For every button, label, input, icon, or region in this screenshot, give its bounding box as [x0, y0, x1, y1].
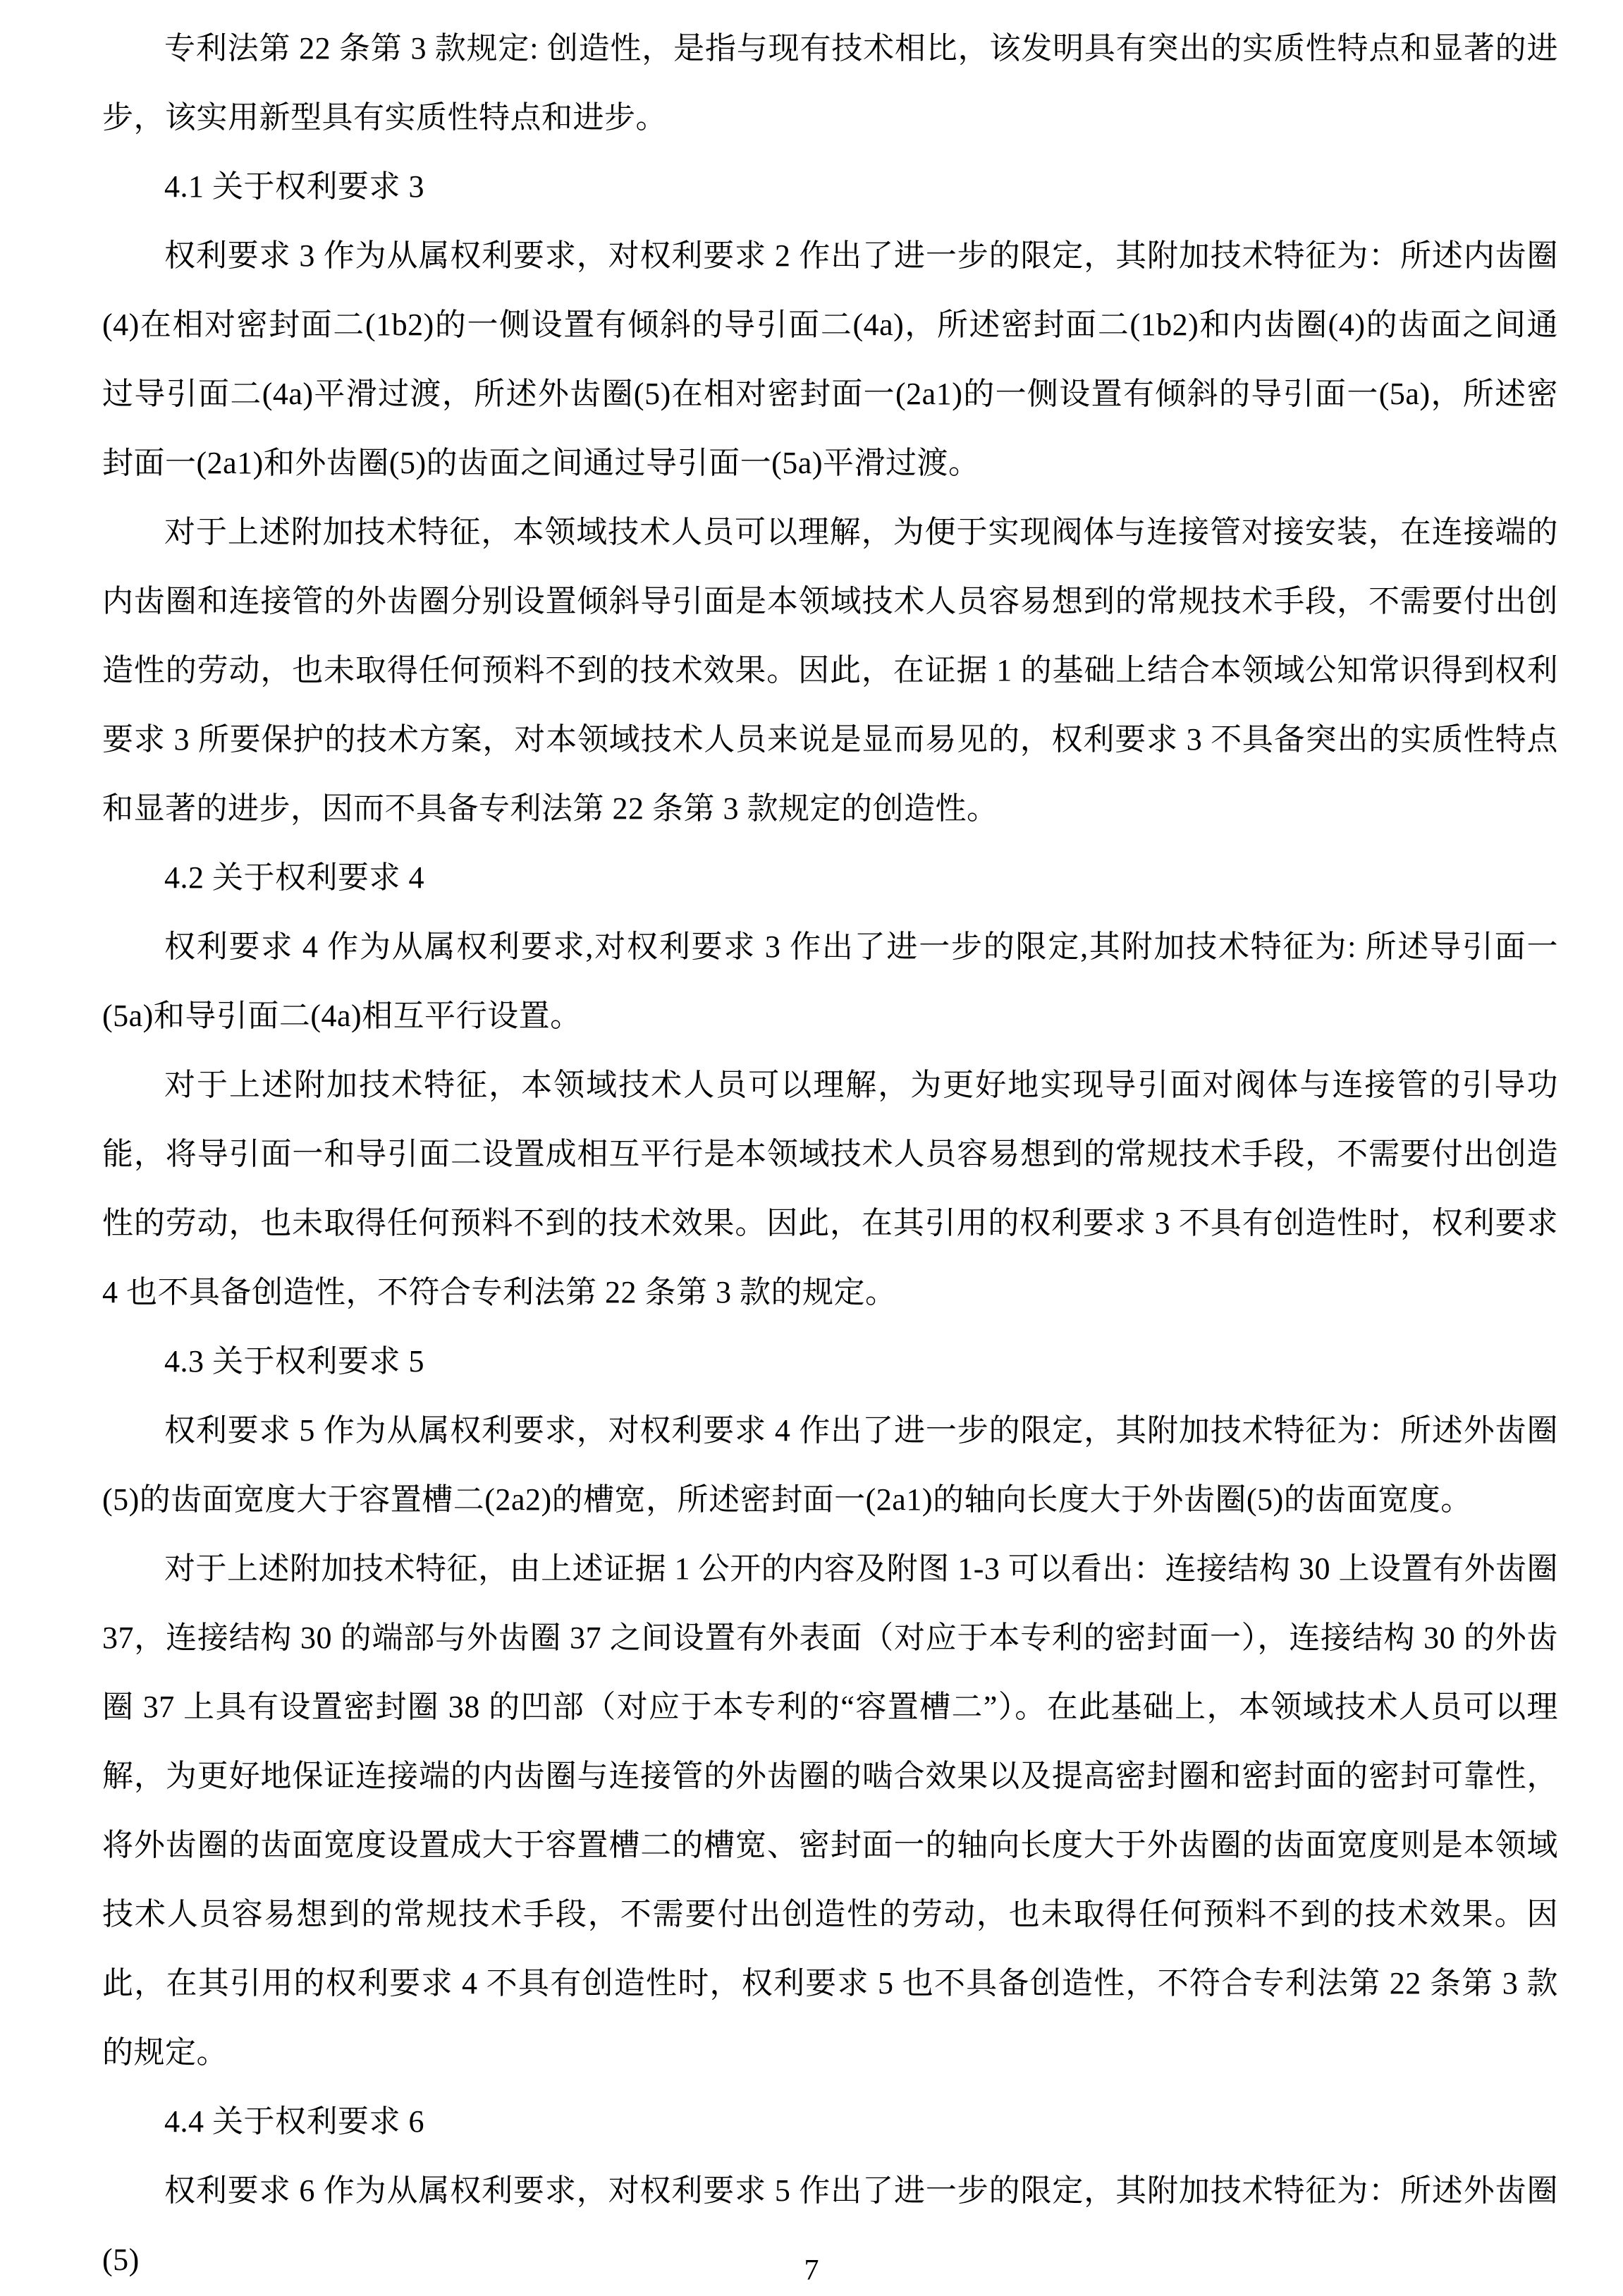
section-heading: 4.1 关于权利要求 3: [102, 152, 1558, 221]
section-heading: 4.3 关于权利要求 5: [102, 1327, 1558, 1396]
section-heading: 4.4 关于权利要求 6: [102, 2087, 1558, 2156]
section-heading: 4.2 关于权利要求 4: [102, 843, 1558, 912]
page-number: 7: [0, 2254, 1623, 2288]
paragraph: 权利要求 5 作为从属权利要求，对权利要求 4 作出了进一步的限定，其附加技术特…: [102, 1396, 1558, 1534]
paragraph: 权利要求 3 作为从属权利要求，对权利要求 2 作出了进一步的限定，其附加技术特…: [102, 221, 1558, 498]
paragraph: 对于上述附加技术特征，由上述证据 1 公开的内容及附图 1-3 可以看出：连接结…: [102, 1534, 1558, 2087]
paragraph: 对于上述附加技术特征，本领域技术人员可以理解，为更好地实现导引面对阀体与连接管的…: [102, 1051, 1558, 1327]
paragraph: 专利法第 22 条第 3 款规定: 创造性，是指与现有技术相比，该发明具有突出的…: [102, 14, 1558, 152]
paragraph: 权利要求 4 作为从属权利要求,对权利要求 3 作出了进一步的限定,其附加技术特…: [102, 912, 1558, 1051]
document-body: 专利法第 22 条第 3 款规定: 创造性，是指与现有技术相比，该发明具有突出的…: [102, 14, 1558, 2295]
document-page: 专利法第 22 条第 3 款规定: 创造性，是指与现有技术相比，该发明具有突出的…: [0, 0, 1623, 2296]
paragraph: 对于上述附加技术特征，本领域技术人员可以理解，为便于实现阀体与连接管对接安装，在…: [102, 498, 1558, 843]
